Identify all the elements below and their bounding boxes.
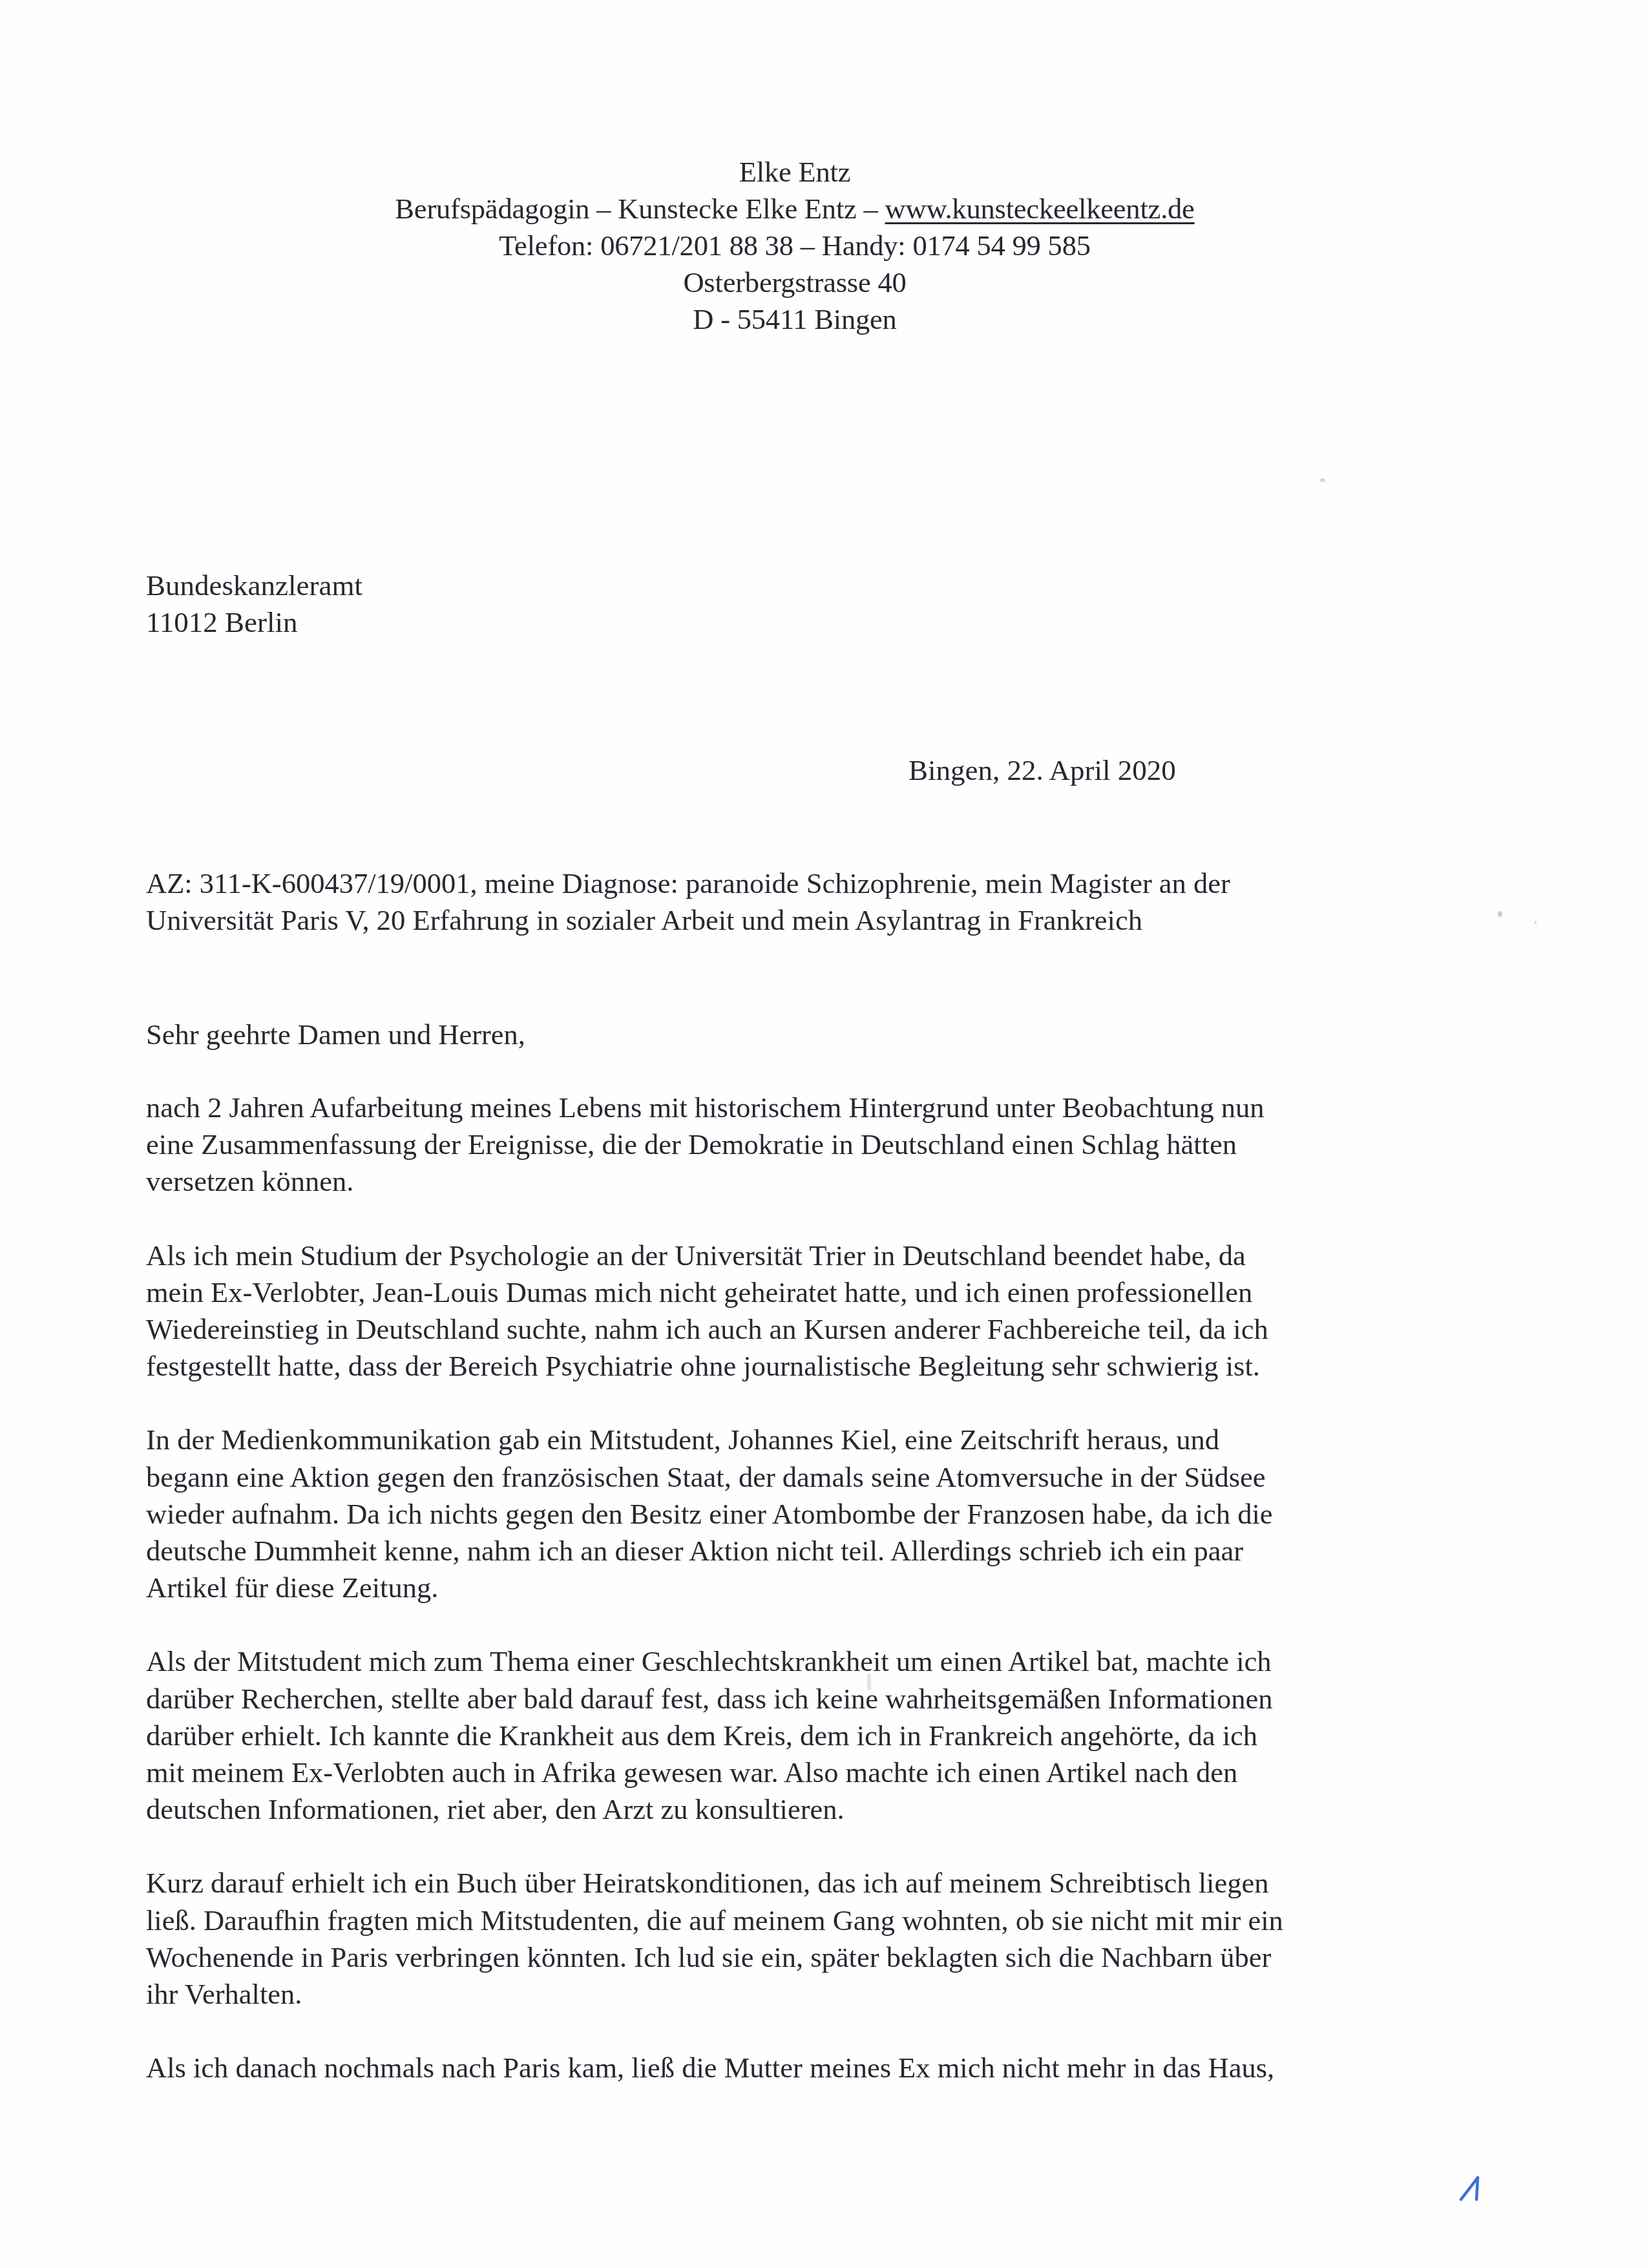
scan-speck bbox=[1498, 911, 1502, 917]
body-line: festgestellt hatte, dass der Bereich Psy… bbox=[146, 1348, 1535, 1385]
body-line: darüber Recherchen, stellte aber bald da… bbox=[146, 1681, 1535, 1717]
body-line: Kurz darauf erhielt ich ein Buch über He… bbox=[146, 1865, 1535, 1902]
body-line: begann eine Aktion gegen den französisch… bbox=[146, 1459, 1535, 1496]
subject-line-2: Universität Paris V, 20 Erfahrung in soz… bbox=[146, 902, 1230, 939]
scan-speck bbox=[1320, 478, 1325, 482]
body-paragraph: nach 2 Jahren Aufarbeitung meines Lebens… bbox=[146, 1089, 1535, 1201]
sender-website-link[interactable]: www.kunsteckeelkeentz.de bbox=[885, 193, 1195, 225]
body-line: Als ich mein Studium der Psychologie an … bbox=[146, 1237, 1535, 1274]
body-paragraph: Als der Mitstudent mich zum Thema einer … bbox=[146, 1643, 1535, 1828]
sender-tagline: Berufspädagogin – Kunstecke Elke Entz – … bbox=[0, 191, 1590, 227]
recipient-city: 11012 Berlin bbox=[146, 604, 362, 641]
body-paragraph: In der Medienkommunikation gab ein Mitst… bbox=[146, 1422, 1535, 1606]
page-number-glyph-icon bbox=[1457, 2171, 1489, 2210]
body-line: ließ. Daraufhin fragten mich Mitstudente… bbox=[146, 1902, 1535, 1939]
body-line: Wochenende in Paris verbringen könnten. … bbox=[146, 1939, 1535, 1976]
recipient-address: Bundeskanzleramt 11012 Berlin bbox=[146, 567, 362, 641]
body-line: Artikel für diese Zeitung. bbox=[146, 1570, 1535, 1606]
handwritten-page-number bbox=[1457, 2171, 1489, 2210]
subject-line: AZ: 311-K-600437/19/0001, meine Diagnose… bbox=[146, 865, 1230, 939]
body-paragraph: Kurz darauf erhielt ich ein Buch über He… bbox=[146, 1865, 1535, 2013]
body-line: darüber erhielt. Ich kannte die Krankhei… bbox=[146, 1717, 1535, 1754]
sender-city: D - 55411 Bingen bbox=[0, 301, 1590, 338]
body-line: deutschen Informationen, riet aber, den … bbox=[146, 1791, 1535, 1828]
body-line: versetzen können. bbox=[146, 1163, 1535, 1200]
sender-phone: Telefon: 06721/201 88 38 – Handy: 0174 5… bbox=[0, 227, 1590, 264]
body-line: ihr Verhalten. bbox=[146, 1976, 1535, 2013]
date-line: Bingen, 22. April 2020 bbox=[909, 752, 1176, 789]
sender-street: Osterbergstrasse 40 bbox=[0, 264, 1590, 301]
body-paragraph: Als ich mein Studium der Psychologie an … bbox=[146, 1237, 1535, 1385]
sender-name: Elke Entz bbox=[0, 154, 1590, 191]
sender-tagline-text: Berufspädagogin – Kunstecke Elke Entz – bbox=[395, 193, 885, 225]
body-line: mit meinem Ex-Verlobten auch in Afrika g… bbox=[146, 1754, 1535, 1791]
recipient-name: Bundeskanzleramt bbox=[146, 567, 362, 604]
body-line: Als ich danach nochmals nach Paris kam, … bbox=[146, 2050, 1535, 2086]
letter-body: nach 2 Jahren Aufarbeitung meines Lebens… bbox=[146, 1089, 1535, 2123]
subject-line-1: AZ: 311-K-600437/19/0001, meine Diagnose… bbox=[146, 865, 1230, 902]
body-line: mein Ex-Verlobter, Jean-Louis Dumas mich… bbox=[146, 1274, 1535, 1311]
letterhead: Elke Entz Berufspädagogin – Kunstecke El… bbox=[0, 154, 1590, 338]
body-line: Als der Mitstudent mich zum Thema einer … bbox=[146, 1643, 1535, 1680]
salutation: Sehr geehrte Damen und Herren, bbox=[146, 1016, 525, 1053]
body-line: Wiedereinstieg in Deutschland suchte, na… bbox=[146, 1311, 1535, 1348]
body-line: nach 2 Jahren Aufarbeitung meines Lebens… bbox=[146, 1089, 1535, 1126]
body-line: eine Zusammenfassung der Ereignisse, die… bbox=[146, 1126, 1535, 1163]
letter-page: Elke Entz Berufspädagogin – Kunstecke El… bbox=[0, 0, 1649, 2268]
body-line: wieder aufnahm. Da ich nichts gegen den … bbox=[146, 1496, 1535, 1533]
body-paragraph: Als ich danach nochmals nach Paris kam, … bbox=[146, 2050, 1535, 2086]
body-line: In der Medienkommunikation gab ein Mitst… bbox=[146, 1422, 1535, 1458]
scan-speck bbox=[1535, 921, 1537, 924]
body-line: deutsche Dummheit kenne, nahm ich an die… bbox=[146, 1533, 1535, 1570]
